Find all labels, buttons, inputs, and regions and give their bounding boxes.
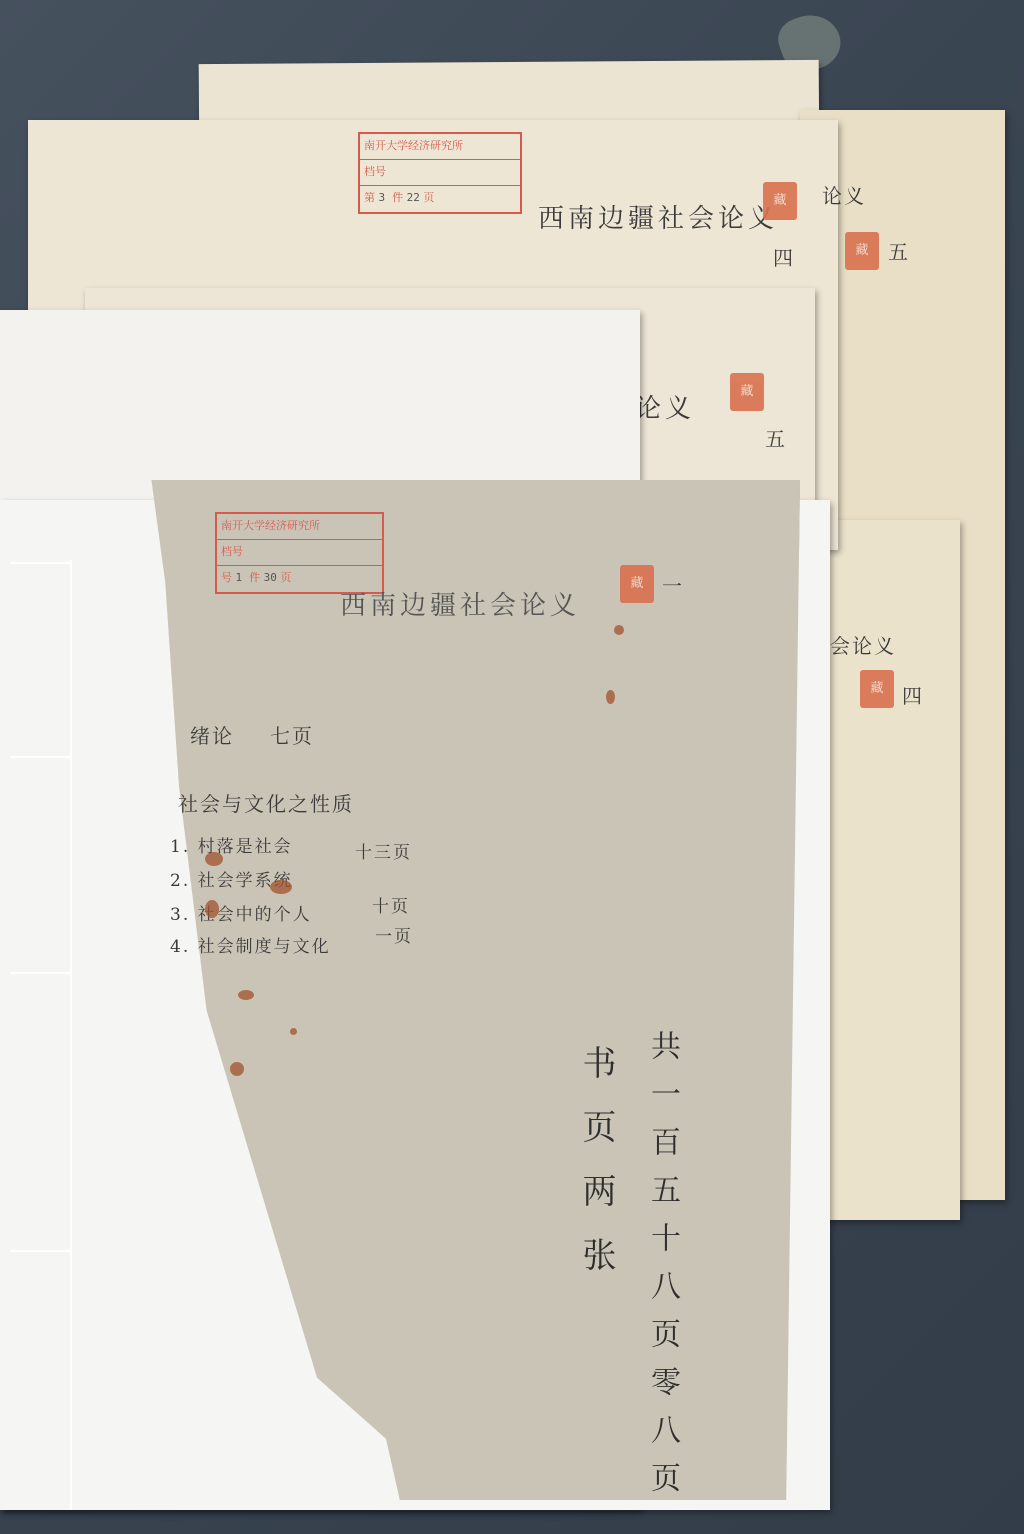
side-volume-mark: 五 bbox=[888, 236, 910, 265]
vertical-note-sheets: 书页两张 bbox=[572, 1045, 621, 1301]
middle-sheet-right: 会论义 藏 四 bbox=[820, 520, 960, 1220]
volume-mark: 五 bbox=[765, 423, 787, 452]
stamp-item: 30 bbox=[264, 571, 277, 584]
contents-pages: 十三页 bbox=[355, 838, 412, 863]
seal-stamp: 藏 bbox=[845, 232, 879, 270]
stamp-volume-row: 第 3 件 22 页 bbox=[360, 186, 520, 212]
stamp-institution: 南开大学经济研究所 bbox=[360, 134, 520, 160]
foxing-stain bbox=[205, 852, 223, 866]
stamp-volume: 3 bbox=[379, 191, 386, 204]
contents-item: 绪论 bbox=[190, 720, 234, 749]
contents-pages: 一页 bbox=[375, 922, 413, 947]
archive-stamp-front: 南开大学经济研究所 档号 号 1 件 30 页 bbox=[215, 512, 384, 594]
side-title-fragment: 论义 bbox=[822, 180, 866, 209]
stamp-institution: 南开大学经济研究所 bbox=[217, 514, 382, 540]
vertical-note-page-count: 共一百五十八页零八页 bbox=[640, 1030, 684, 1510]
seal-stamp: 藏 bbox=[620, 565, 654, 603]
foxing-stain bbox=[230, 1062, 244, 1076]
binding-thread bbox=[10, 560, 72, 1510]
contents-item: 社会与文化之性质 bbox=[178, 788, 354, 817]
foxing-stain bbox=[290, 1028, 297, 1035]
binding-stitch bbox=[10, 562, 70, 564]
contents-pages: 十页 bbox=[372, 892, 410, 917]
manuscript-title: 西南边疆社会论义 bbox=[538, 198, 778, 235]
stamp-archive-label: 档号 bbox=[217, 540, 382, 566]
foxing-stain bbox=[205, 900, 219, 918]
sheet-title-fragment: 会论义 bbox=[830, 630, 896, 659]
foxing-stain bbox=[606, 690, 615, 704]
stamp-archive-label: 档号 bbox=[360, 160, 520, 186]
volume-mark: 四 bbox=[902, 680, 924, 709]
contents-item: 4. 社会制度与文化 bbox=[170, 932, 331, 957]
volume-mark: 四 bbox=[773, 242, 795, 271]
stamp-volume: 1 bbox=[236, 571, 243, 584]
seal-stamp: 藏 bbox=[860, 670, 894, 708]
archive-stamp: 南开大学经济研究所 档号 第 3 件 22 页 bbox=[358, 132, 522, 214]
front-title: 西南边疆社会论义 bbox=[340, 585, 580, 622]
binding-stitch bbox=[10, 1250, 70, 1252]
contents-pages: 七页 bbox=[270, 720, 314, 749]
binding-stitch bbox=[10, 972, 70, 974]
seal-stamp: 藏 bbox=[730, 373, 764, 411]
foxing-stain bbox=[270, 880, 292, 894]
contents-item: 3. 社会中的个人 bbox=[170, 900, 312, 925]
binding-stitch bbox=[10, 756, 70, 758]
foxing-stain bbox=[238, 990, 254, 1000]
contents-item: 1. 村落是社会 bbox=[170, 832, 293, 857]
foxing-stain bbox=[614, 625, 624, 635]
volume-mark: 一 bbox=[662, 570, 684, 599]
stamp-item: 22 bbox=[407, 191, 420, 204]
seal-stamp: 藏 bbox=[763, 182, 797, 220]
